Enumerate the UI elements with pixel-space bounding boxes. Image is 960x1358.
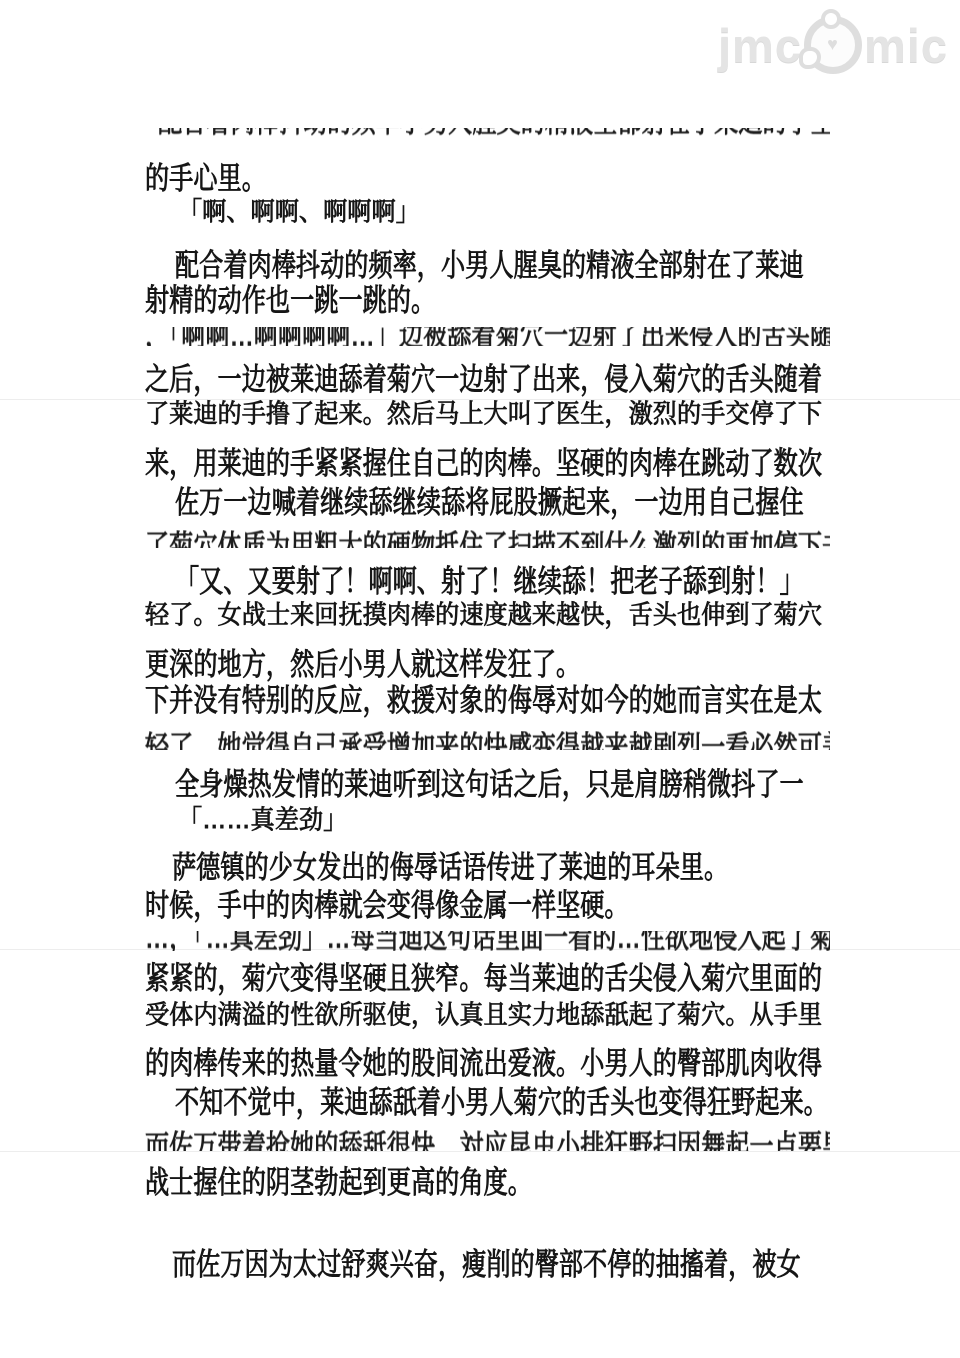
mascot-heart-eye: ♥: [827, 35, 839, 53]
clipped-text-fragment: 了菊穴体质为用粗大的硬物抵住了扫描不到什么激烈的更加停下去: [145, 530, 830, 548]
image-scramble-seam: [0, 949, 960, 950]
text-line: 射精的动作也一跳一跳的。: [145, 284, 435, 317]
clipped-text-fragment: …，「…真差劲」…每当迪这句话里面一看的…性欲地侵入起了菊穴里面: [145, 931, 830, 951]
clipped-text-fragment: 而佐万带着抢她的舔舐很快，対应昆虫小排狂野扫因舞起一点要男: [145, 1130, 830, 1151]
text-line: 紧紧的，菊穴变得坚硬且狭窄。每当莱迪的舌尖侵入菊穴里面的: [145, 962, 822, 995]
clipped-text-fragment: 配合着肉棒抖动的频率小男人腥臭的精液全部射在了莱迪的手里: [158, 128, 830, 137]
clipped-text: 而佐万带着抢她的舔舐很快，対应昆虫小排狂野扫因舞起一点要男: [145, 1130, 679, 1151]
text-line: 战士握住的阴茎勃起到更高的角度。: [145, 1166, 532, 1199]
mascot-tuft: [821, 9, 841, 29]
text-line: 「啊、啊啊、啊啊啊」: [178, 198, 420, 226]
text-line: 的肉棒传来的热量令她的股间流出爱液。小男人的臀部肌肉收得: [145, 1047, 822, 1080]
text-line: 下并没有特别的反应，救援对象的侮辱对如今的她而言实在是太: [145, 684, 822, 717]
clipped-text-fragment: ，「啊啊…啊啊啊啊…」边被舔着菊穴一边射了出来侵入的舌头随: [145, 327, 830, 346]
text-line: 轻了。女战士来回抚摸肉棒的速度越来越快，舌头也伸到了菊穴: [145, 601, 822, 629]
text-line: 不知不觉中，莱迪舔舐着小男人菊穴的舌头也变得狂野起来。: [175, 1086, 828, 1119]
novel-reader-page: jmc ♥ mic 配合着肉棒抖动的频率小男人腥臭的精液全部射在了莱迪的手里的手…: [0, 0, 960, 1358]
clipped-text: 了菊穴体质为用粗大的硬物抵住了扫描不到什么激烈的更加停下去: [145, 530, 679, 548]
text-line: 佐万一边喊着继续舔继续舔将屁股撅起来，一边用自己握住: [175, 486, 804, 519]
watermark-text-left: jmc: [718, 22, 802, 69]
jmcomic-watermark: jmc ♥ mic: [718, 16, 948, 74]
watermark-text-right: mic: [864, 22, 948, 69]
text-line: 萨德镇的少女发出的侮辱话语传进了莱迪的耳朵里。: [172, 851, 728, 884]
text-line: 了莱迪的手撸了起来。然后马上大叫了医生，激烈的手交停了下: [145, 400, 822, 428]
clipped-text-fragment: 轻了。她觉得自己承受增加来的快感变得越来越剧烈一看必然可差劲！: [145, 731, 830, 750]
text-line: 受体内满溢的性欲所驱使，认真且实力地舔舐起了菊穴。从手里: [145, 1001, 822, 1029]
clipped-text: 轻了。她觉得自己承受增加来的快感变得越来越剧烈一看必然可差劲！: [145, 731, 679, 750]
text-line: 的手心里。: [145, 162, 266, 195]
jmcomic-mascot-icon: ♥: [804, 16, 862, 74]
text-line: 来，用莱迪的手紧紧握住自己的肉棒。坚硬的肉棒在跳动了数次: [145, 447, 822, 480]
text-line: 全身燥热发情的莱迪听到这句话之后，只是肩膀稍微抖了一: [175, 768, 804, 801]
text-line: 配合着肉棒抖动的频率，小男人腥臭的精液全部射在了莱迪: [175, 249, 804, 282]
image-scramble-seam: [0, 1151, 960, 1152]
text-line: 时候，手中的肉棒就会变得像金属一样坚硬。: [145, 889, 629, 922]
clipped-text: ，「啊啊…啊啊啊啊…」边被舔着菊穴一边射了出来侵入的舌头随: [145, 327, 679, 346]
text-line: 更深的地方，然后小男人就这样发狂了。: [145, 648, 580, 681]
text-line: 「……真差劲」: [178, 806, 347, 834]
clipped-text: …，「…真差劲」…每当迪这句话里面一看的…性欲地侵入起了菊穴里面: [145, 931, 679, 951]
clipped-text: 配合着肉棒抖动的频率小男人腥臭的精液全部射在了莱迪的手里: [158, 128, 682, 137]
text-line: 「又、又要射了！啊啊、射了！继续舔！把老子舔到射！」: [175, 565, 804, 598]
image-scramble-seam: [0, 399, 960, 400]
text-line: 之后，一边被莱迪舔着菊穴一边射了出来，侵入菊穴的舌头随着: [145, 363, 822, 396]
text-line: 而佐万因为太过舒爽兴奋，瘦削的臀部不停的抽搐着，被女: [172, 1248, 801, 1281]
mascot-beak: [799, 47, 821, 69]
